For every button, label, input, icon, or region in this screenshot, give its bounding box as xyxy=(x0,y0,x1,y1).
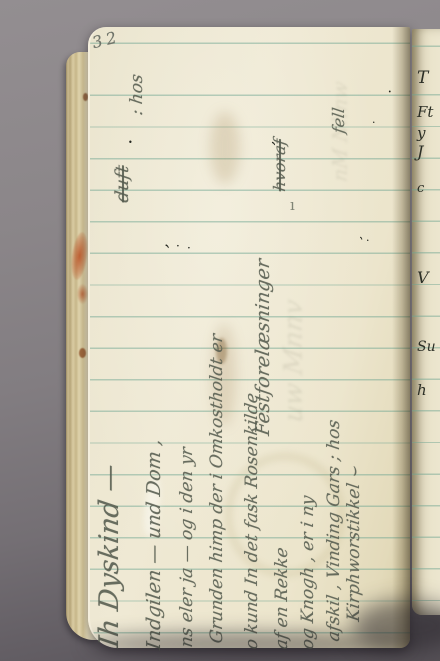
handwriting-line: Grunden himp der i Omkostholdt er xyxy=(208,92,227,645)
ink-mark: • xyxy=(128,139,133,147)
ink-mark: · xyxy=(176,240,180,252)
handwriting-line: Festforelæsninger xyxy=(253,252,274,437)
adjacent-page-letter: V xyxy=(417,270,429,286)
handwriting-line: Kirphworstikkel ⌣ xyxy=(345,378,364,623)
adjacent-page-letter: c xyxy=(417,182,424,195)
adjacent-page-letter: Su xyxy=(417,340,436,354)
adjacent-page-letter: Ft xyxy=(417,105,433,120)
adjacent-page-sliver: TFtyJcVSuh xyxy=(412,29,440,615)
handwriting-line: Ih Dyskind — xyxy=(95,335,125,649)
ink-mark: · xyxy=(187,242,191,254)
ink-mark: • xyxy=(388,90,392,96)
handwriting-line: : hos xyxy=(128,64,147,117)
handwriting-line: hvoraf xyxy=(271,86,289,192)
handwriting-line: af en Rekke xyxy=(273,438,292,651)
adjacent-page-letter: y xyxy=(417,126,425,141)
handwriting-layer: Ih Dyskind —duft: hosIndgilen — und Dom … xyxy=(0,0,440,661)
ink-mark: ı xyxy=(290,198,295,213)
notebook-photo: 32 Ih Dyskind —duft: hosIndgilen — und D… xyxy=(0,0,440,661)
handwriting-line: Indgilen — und Dom , xyxy=(144,212,165,651)
handwriting-line: ns eler ja — og i den yr xyxy=(178,136,197,649)
ink-mark: · xyxy=(372,117,376,128)
adjacent-page-letter: h xyxy=(417,383,427,398)
handwriting-showthrough: uw Mnnv xyxy=(280,260,309,424)
handwriting-showthrough: nM Nhnw xyxy=(329,68,351,183)
adjacent-page-letter: T xyxy=(417,70,428,87)
ink-mark: · xyxy=(366,235,370,246)
handwriting-line: afskil , Vinding Gars ; hos xyxy=(325,154,344,643)
ink-mark: , xyxy=(352,231,364,240)
adjacent-page-letter: J xyxy=(417,144,423,160)
handwriting-line: duft xyxy=(113,139,133,204)
